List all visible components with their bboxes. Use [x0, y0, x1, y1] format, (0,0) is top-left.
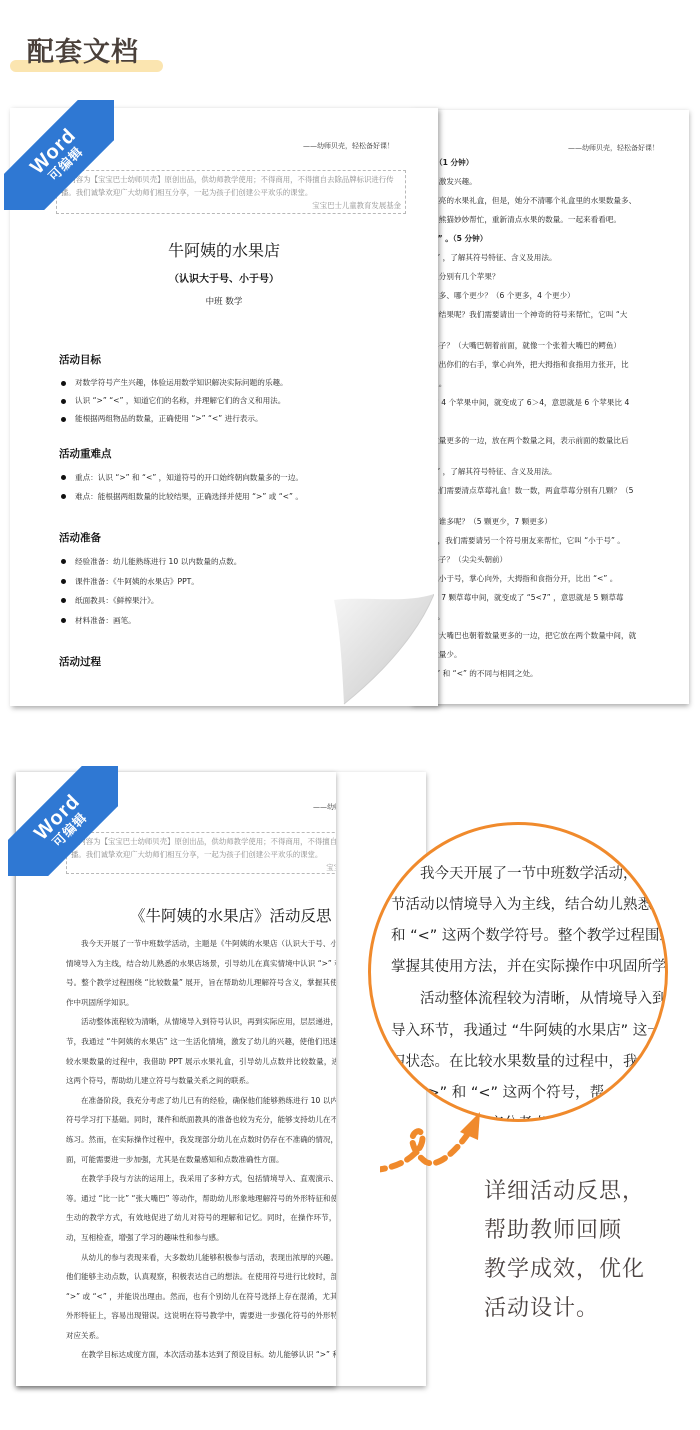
doc-grade: 中班 数学 [10, 295, 438, 307]
slogan: ——幼师贝壳，轻松备好课！ [303, 141, 394, 151]
ribbon-band: Word 可编辑 [8, 766, 118, 876]
magnifier-circle: 我今天开展了一节中班数学活动， 节活动以情境导入为主线，结合幼儿熟悉的 和 “<… [368, 822, 668, 1122]
heading-preparation: 活动准备 [59, 530, 101, 545]
paragraph: 从幼儿的参与表现来看，大多数幼儿能够积极参与活动，表现出浓厚的兴趣。在比较水果数… [66, 1248, 336, 1346]
paragraph: 我今天开展了一节中班数学活动，主题是《牛阿姨的水果店（认识大于号、小于号）》。本… [66, 934, 336, 1012]
mag-line: 我今天开展了一节中班数学活动， [420, 859, 638, 891]
text-line: 下来我们需要清点草莓礼盒！数一数，两盒草莓分别有几颗？（5 [416, 485, 633, 496]
key-points-list: 重点：认识 “>” 和 “<” ，知道符号的开口始终朝向数量多的一边。 难点：能… [59, 468, 303, 506]
goals-list: 对数学符号产生兴趣，体验运用数学知识解决实际问题的乐趣。 认识 “>” “<” … [59, 374, 288, 428]
callout-line: 帮助教师回顾 [484, 1211, 645, 1250]
reflection-body: 我今天开展了一节中班数学活动，主题是《牛阿姨的水果店（认识大于号、小于号）》。本… [66, 934, 336, 1365]
word-editable-ribbon: Word 可编辑 [4, 100, 114, 210]
callout-text: 详细活动反思， 帮助教师回顾 教学成效，优化 活动设计。 [484, 1172, 645, 1328]
text-line: 比一比小于号，掌心向外，大拇指和食指分开，比出 “<” 。 [416, 573, 617, 584]
doc-title: 《牛阿姨的水果店》活动反思 [130, 904, 332, 926]
text-line: ！请伸出你们的右手，掌心向外，把大拇指和食指用力张开，比 [416, 359, 629, 370]
mag-line: 掌握其使用方法，并在实际操作中巩固所学知识 [391, 952, 668, 984]
list-item: 纸面教具：《鲜榨果汁》。 [59, 591, 241, 611]
mag-line: “>” 和 “<” 这两个符号，帮 [420, 1078, 604, 1110]
heading-process: 活动过程 [59, 654, 101, 669]
ribbon-band: Word 可编辑 [4, 100, 114, 210]
paragraph: 活动整体流程较为清晰，从情境导入到符号认识，再到实际应用，层层递进，逻辑性强。在… [66, 1012, 336, 1090]
list-item: 课件准备：《牛阿姨的水果店》PPT。 [59, 572, 241, 592]
text-line: 草莓和 7 颗草莓中间，就变成了 “5<7” ，意思就是 5 颗草莓 [416, 592, 624, 603]
list-item: 材料准备：画笔。 [59, 611, 241, 631]
callout-line: 教学成效，优化 [484, 1250, 645, 1289]
text-line: 奇奇和熊猫妙妙帮忙，重新清点水果的数量。一起来看看吧。 [416, 214, 621, 225]
slogan: ——幼师贝壳，轻松备好课！ [313, 802, 336, 812]
mag-line: 节活动以情境导入为主线，结合幼儿熟悉的 [391, 890, 667, 922]
preparation-list: 经验准备：幼儿能熟练进行 10 以内数量的点数。 课件准备：《牛阿姨的水果店》P… [59, 552, 241, 630]
paragraph: 在教学目标达成度方面，本次活动基本达到了预设目标。幼儿能够认识 “>” 和 “<… [66, 1345, 336, 1365]
list-item: 经验准备：幼儿能熟练进行 10 以内数量的点数。 [59, 552, 241, 572]
paragraph: 在准备阶段，我充分考虑了幼儿已有的经验，确保他们能够熟练进行 10 以内数量的点… [66, 1091, 336, 1169]
text-line: 姨这个结果呢？我们需要请出一个神奇的符号来帮忙，它叫 “大 [416, 309, 627, 320]
page-curl-icon [334, 594, 434, 706]
text-line: 更少” ，我们需要请另一个符号朋友来帮忙，它叫 “小于号” 。 [416, 535, 625, 546]
list-item: 重点：认识 “>” 和 “<” ，知道符号的开口始终朝向数量多的一边。 [59, 468, 303, 487]
word-editable-ribbon: Word 可编辑 [8, 766, 118, 876]
text-line: 哪个更多、哪个更少？（6 个更多，4 个更少） [416, 290, 575, 301]
mag-line: 导入环节，我通过 “牛阿姨的水果店” 这一 [391, 1016, 662, 1048]
list-item: 难点：能根据两组数量的比较结果，正确选择并使用 “>” 或 “<” 。 [59, 487, 303, 506]
callout-line: 详细活动反思， [484, 1172, 645, 1211]
slogan: ——幼师贝壳，轻松备好课！ [568, 143, 659, 153]
heading-key-points: 活动重难点 [59, 446, 112, 461]
doc-title: 牛阿姨的水果店 [10, 238, 438, 261]
text-line: 什么样子？（大嘴巴朝着前面，就像一个张着大嘴巴的鳄鱼） [416, 340, 621, 351]
section-title: 配套文档 [27, 36, 139, 70]
text-line: 一批漂亮的水果礼盒，但是，她分不清哪个礼盒里的水果数量多、 [416, 195, 636, 206]
doc1-right-page: ——幼师贝壳，轻松备好课！ 主题。（1 分钟） 导入，激发兴趣。 一批漂亮的水果… [412, 110, 689, 704]
mag-line: 活动整体流程较为清晰，从情境导入到符 [420, 984, 668, 1016]
text-line: 苹果和 4 个苹果中间，就变成了 6＞4，意思就是 6 个苹果比 4 [416, 397, 629, 408]
text-line: 朝着数量更多的一边，放在两个数量之间，表示前面的数量比后 [416, 435, 629, 446]
mag-line: 和 “<” 这两个数学符号。整个教学过程围绕 [391, 921, 668, 953]
paragraph: 在教学手段与方法的运用上，我采用了多种方式，包括情境导入、直观演示、肢体模仿、操… [66, 1169, 336, 1247]
heading-goals: 活动目标 [59, 352, 101, 367]
text-line: ，它的大嘴巴也朝着数量更多的一边，把它放在两个数量中间，就 [416, 630, 636, 641]
doc-subtitle: （认识大于号、小于号） [10, 270, 438, 285]
list-item: 对数学符号产生兴趣，体验运用数学知识解决实际问题的乐趣。 [59, 374, 288, 392]
callout-line: 活动设计。 [484, 1289, 645, 1328]
list-item: 认识 “>” “<” ，知道它们的名称，并理解它们的含义和用法。 [59, 392, 288, 410]
section-header: 配套文档 [10, 36, 165, 76]
list-item: 能根据两组物品的数量，正确使用 “>” “<” 进行表示。 [59, 410, 288, 428]
dashed-arrow-icon [380, 1110, 490, 1200]
mag-line: 习状态。在比较水果数量的过程中，我借 [391, 1047, 652, 1079]
